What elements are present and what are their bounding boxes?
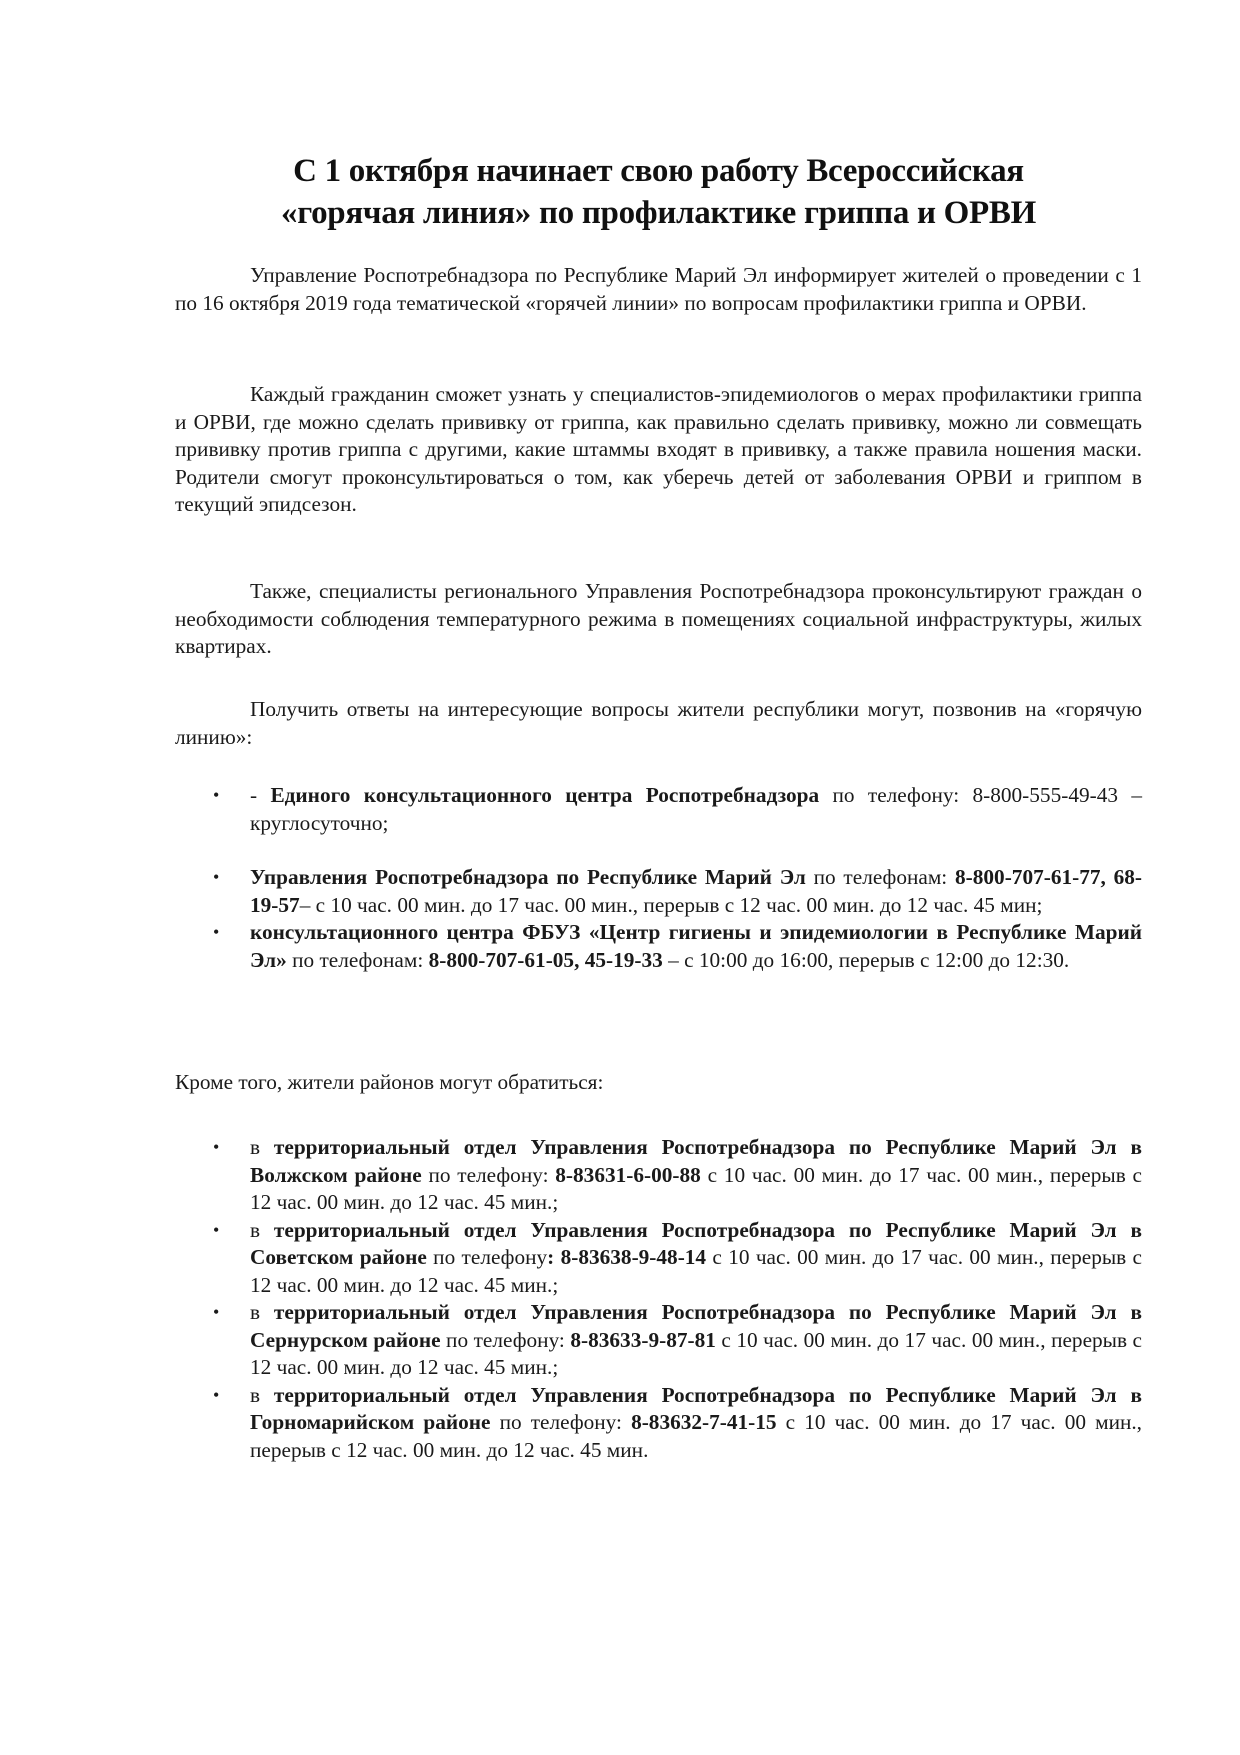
paragraph-districts-intro: Кроме того, жители районов могут обратит…	[175, 1069, 1142, 1097]
district-phone: : 8-83638-9-48-14	[547, 1245, 706, 1269]
bullet-icon: •	[213, 782, 219, 810]
paragraph-temperature-regime: Также, специалисты регионального Управле…	[175, 578, 1142, 661]
district-list: • в территориальный отдел Управления Рос…	[175, 1134, 1142, 1464]
district-phone: 8-83633-9-87-81	[570, 1328, 716, 1352]
district-phone: 8-83631-6-00-88	[555, 1163, 701, 1187]
hotline-list: • - Единого консультационного центра Рос…	[175, 782, 1142, 974]
district-phone: 8-83632-7-41-15	[631, 1410, 777, 1434]
bullet-icon: •	[213, 919, 219, 947]
document-title: С 1 октября начинает свою работу Всеросс…	[175, 150, 1142, 234]
district-item: • в территориальный отдел Управления Рос…	[175, 1299, 1142, 1382]
bullet-icon: •	[213, 1382, 219, 1410]
hotline-item: • Управления Роспотребнадзора по Республ…	[175, 864, 1142, 919]
hotline-phone: 8-800-707-61-05, 45-19-33	[429, 948, 663, 972]
hotline-item: • - Единого консультационного центра Рос…	[175, 782, 1142, 837]
district-item: • в территориальный отдел Управления Рос…	[175, 1217, 1142, 1300]
bullet-icon: •	[213, 1134, 219, 1162]
title-line-1: С 1 октября начинает свою работу Всеросс…	[293, 153, 1024, 189]
paragraph-consultation-topics: Каждый гражданин сможет узнать у специал…	[175, 381, 1142, 519]
title-line-2: «горячая линия» по профилактике гриппа и…	[281, 195, 1036, 231]
hotline-phone: 8-800-555-49-43	[973, 783, 1119, 807]
district-item: • в территориальный отдел Управления Рос…	[175, 1134, 1142, 1217]
bullet-icon: •	[213, 864, 219, 892]
hotline-name: Единого консультационного центра Роспотр…	[270, 783, 819, 807]
paragraph-hotline-intro: Получить ответы на интересующие вопросы …	[175, 696, 1142, 751]
paragraph-intro: Управление Роспотребнадзора по Республик…	[175, 262, 1142, 317]
district-item: • в территориальный отдел Управления Рос…	[175, 1382, 1142, 1465]
bullet-icon: •	[213, 1217, 219, 1245]
bullet-icon: •	[213, 1299, 219, 1327]
hotline-item: • консультационного центра ФБУЗ «Центр г…	[175, 919, 1142, 974]
hotline-name: Управления Роспотребнадзора по Республик…	[250, 865, 806, 889]
